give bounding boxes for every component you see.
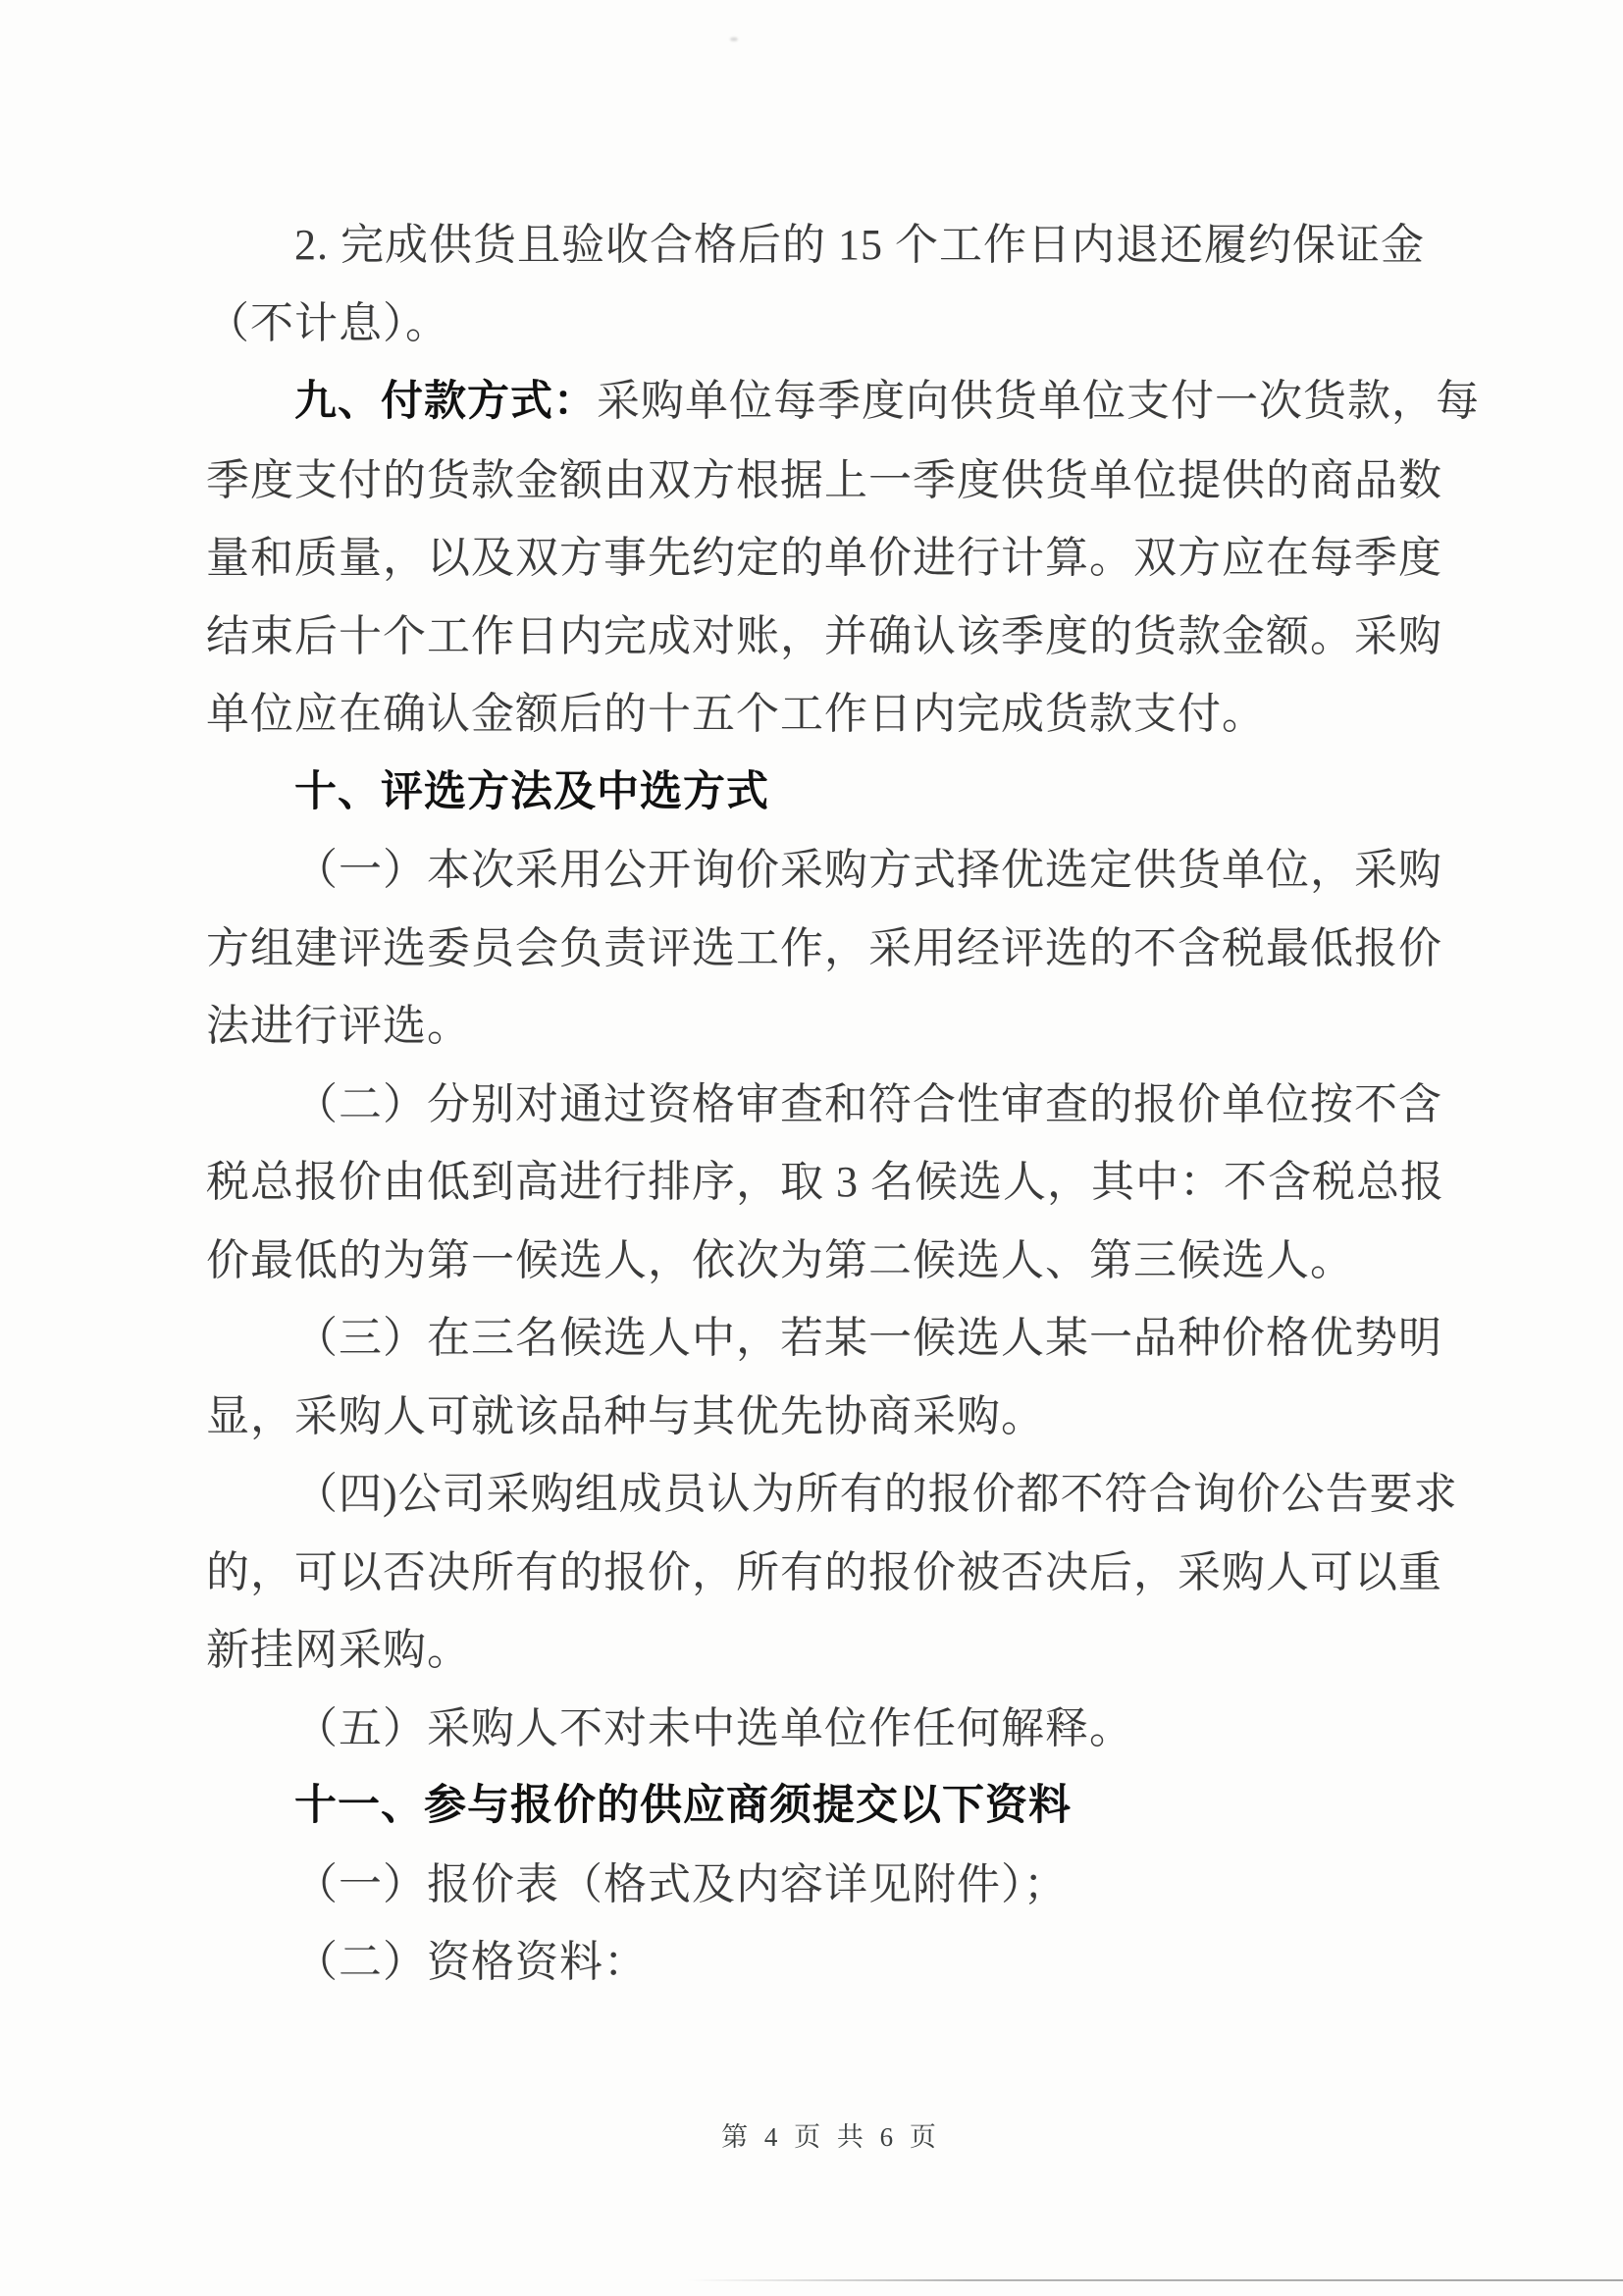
text-line: 方组建评选委员会负责评选工作，采用经评选的不含税最低报价 <box>206 910 1492 988</box>
text-line: 的，可以否决所有的报价，所有的报价被否决后，采购人可以重 <box>206 1534 1492 1612</box>
text-line: （二）资格资料： <box>206 1923 1492 2002</box>
text-line: 法进行评选。 <box>206 987 1492 1066</box>
page-number-indicator: 第 4 页 共 6 页 <box>721 2122 941 2152</box>
text-line: （三）在三名候选人中，若某一候选人某一品种价格优势明 <box>206 1299 1492 1378</box>
text-run: 采购单位每季度向供货单位支付一次货款，每 <box>597 377 1480 425</box>
text-line: 显，采购人可就该品种与其优先协商采购。 <box>206 1378 1492 1456</box>
document-page: 2. 完成供货且验收合格后的 15 个工作日内退还履约保证金 （不计息）。 九、… <box>0 0 1623 2296</box>
text-line: 单位应在确认金额后的十五个工作日内完成货款支付。 <box>206 675 1492 754</box>
text-line: 2. 完成供货且验收合格后的 15 个工作日内退还履约保证金 <box>206 206 1492 285</box>
section-heading-11: 十一、参与报价的供应商须提交以下资料 <box>206 1767 1492 1846</box>
text-line: 量和质量，以及双方事先约定的单价进行计算。双方应在每季度 <box>206 519 1492 598</box>
text-line: （不计息）。 <box>206 285 1492 363</box>
text-line: （五）采购人不对未中选单位作任何解释。 <box>206 1690 1492 1768</box>
text-line: 新挂网采购。 <box>206 1611 1492 1690</box>
text-line: （一）报价表（格式及内容详见附件）； <box>206 1846 1492 1924</box>
text-line: （一）本次采用公开询价采购方式择优选定供货单位，采购 <box>206 831 1492 910</box>
text-line: 税总报价由低到高进行排序，取 3 名候选人，其中：不含税总报 <box>206 1143 1492 1222</box>
text-line: 季度支付的货款金额由双方根据上一季度供货单位提供的商品数 <box>206 442 1492 520</box>
page-footer: 第 4 页 共 6 页 <box>0 2115 1623 2154</box>
section-heading-10: 十、评选方法及中选方式 <box>206 754 1492 832</box>
text-line: （二）分别对通过资格审查和符合性审查的报价单位按不含 <box>206 1066 1492 1144</box>
text-line: 价最低的为第一候选人，依次为第二候选人、第三候选人。 <box>206 1222 1492 1300</box>
scan-edge-artifact <box>687 2279 1623 2281</box>
text-line-payment-terms: 九、付款方式：采购单位每季度向供货单位支付一次货款，每 <box>206 362 1492 442</box>
document-text-block: 2. 完成供货且验收合格后的 15 个工作日内退还履约保证金 （不计息）。 九、… <box>206 206 1492 2002</box>
text-line: 结束后十个工作日内完成对账，并确认该季度的货款金额。采购 <box>206 598 1492 676</box>
text-line: （四)公司采购组成员认为所有的报价都不符合询价公告要求 <box>206 1455 1492 1534</box>
section-heading-9-label: 九、付款方式： <box>294 378 597 425</box>
